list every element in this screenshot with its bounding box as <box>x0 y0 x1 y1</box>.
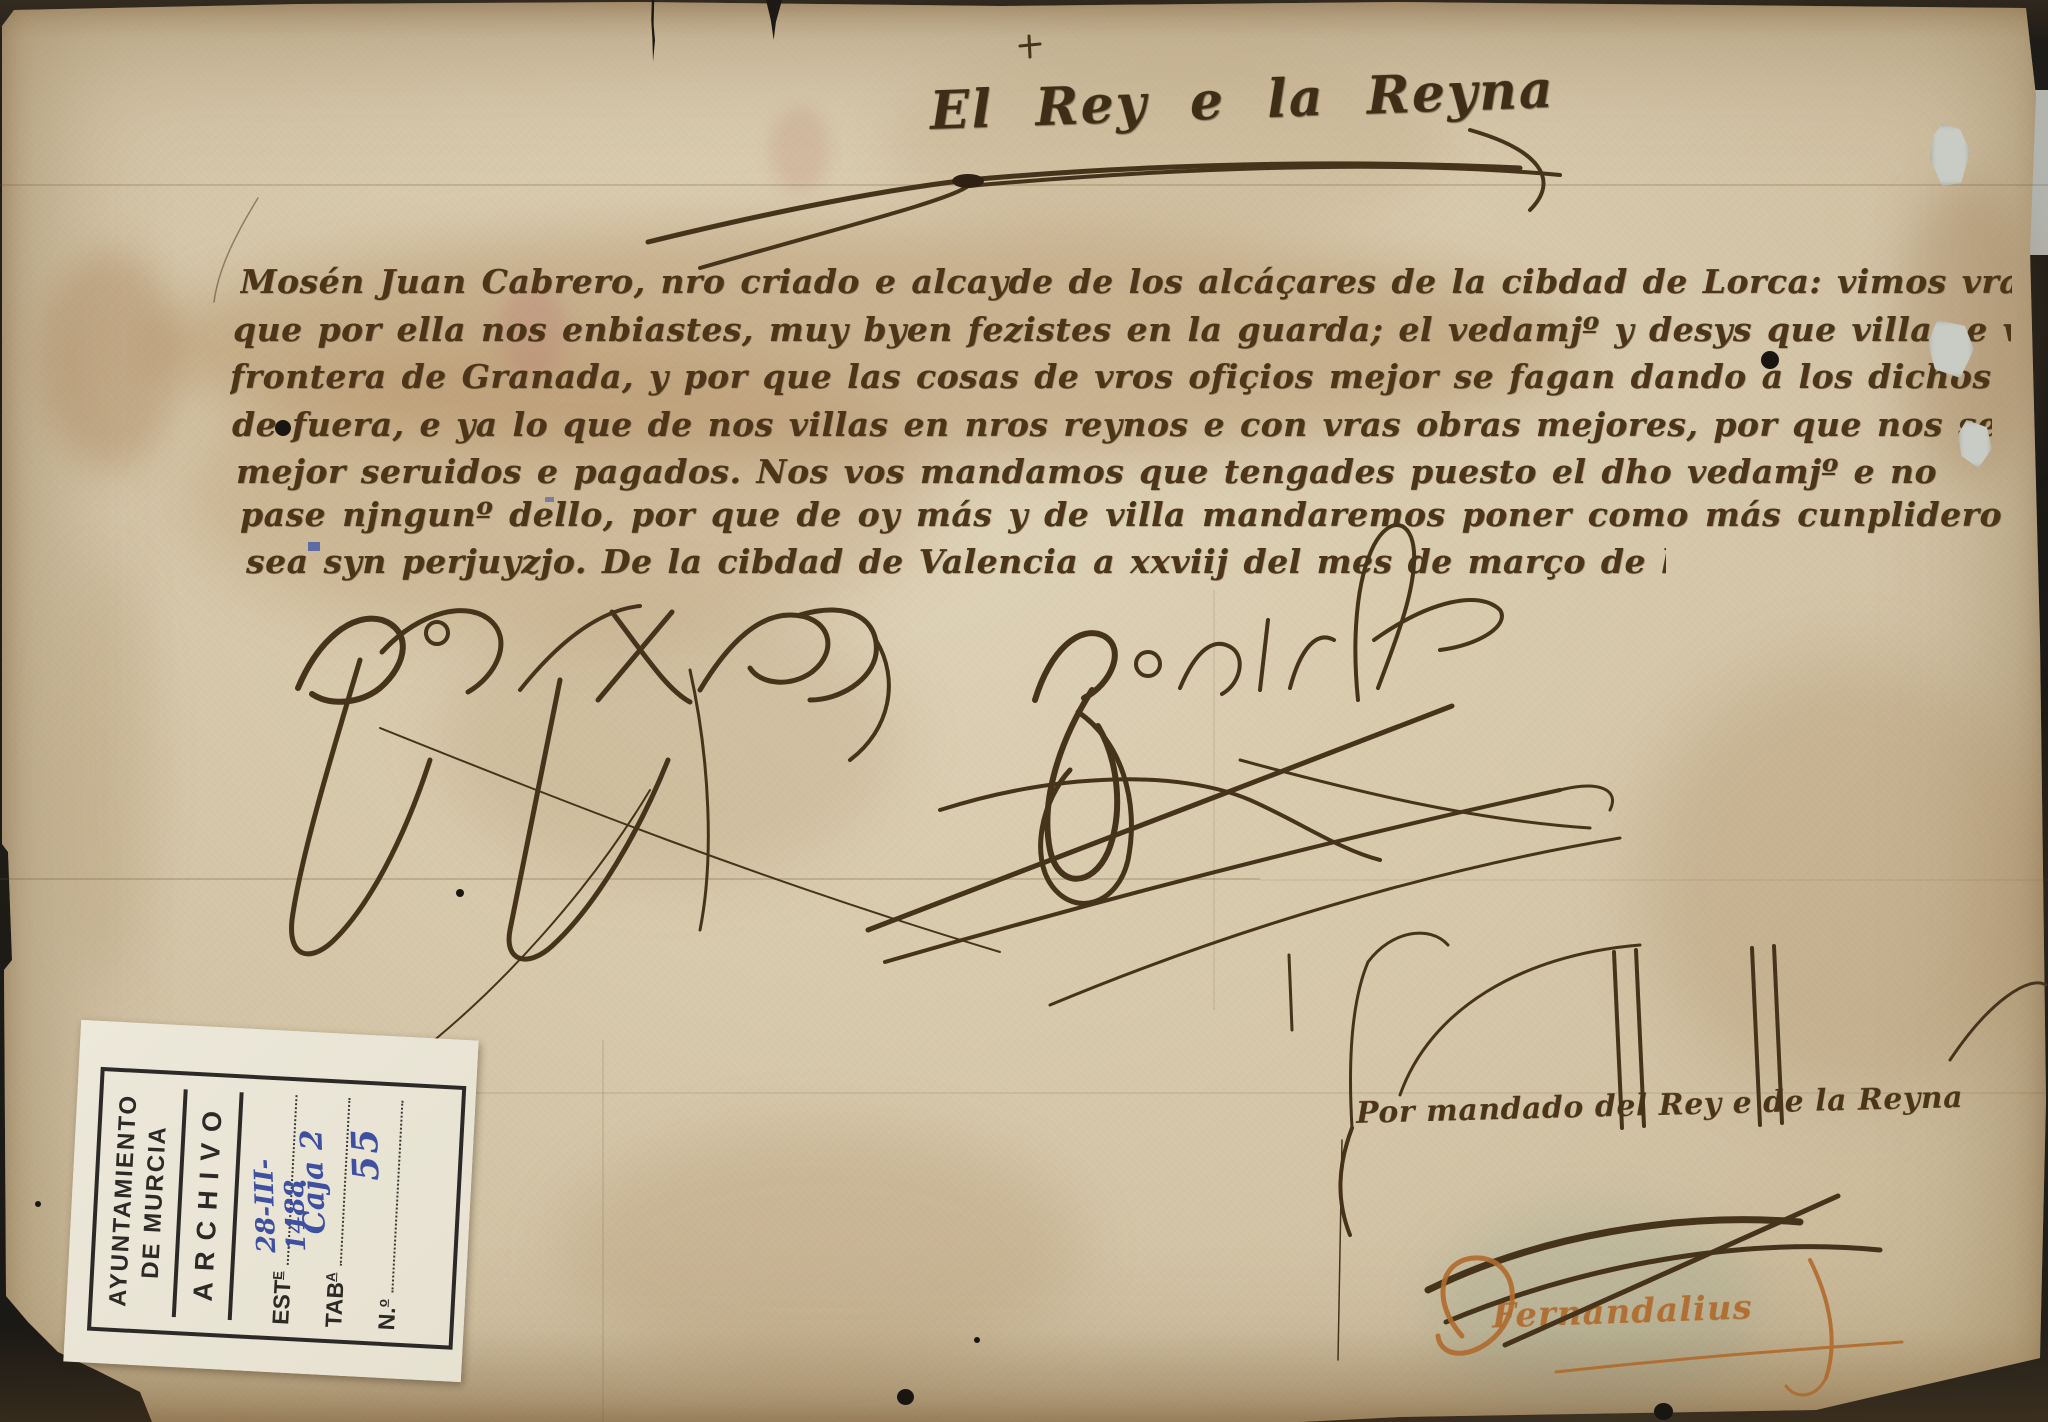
label-archivo: ARCHIVO <box>184 1088 232 1322</box>
hole <box>1654 1403 1673 1420</box>
hole <box>897 1389 914 1405</box>
field-caption: TABA <box>317 1272 348 1328</box>
field-value-handwritten: 55 <box>344 1126 388 1182</box>
manuscript-line: mejor seruidos e pagados. Nos vos mandam… <box>236 452 1942 498</box>
field-value-handwritten: Caja 2 <box>294 1129 333 1235</box>
manuscript-line: sea syn perjuyzjo. De la cibdad de Valen… <box>246 542 1666 588</box>
manuscript-line: que por ella nos enbiastes, muy byen fez… <box>233 310 2011 356</box>
field-caption: ESTE <box>264 1270 295 1325</box>
hole <box>456 889 464 897</box>
field-caption: N.o <box>370 1298 400 1330</box>
manuscript-line: pase njngunº dello, por que de oy más y … <box>240 495 2002 541</box>
dotted-rule <box>340 1098 351 1266</box>
hole <box>974 1337 980 1343</box>
label-field-row: N.o 55 <box>345 1096 410 1330</box>
scanned-document: El Rey e la Reyna Mosén Juan Cabrero, nr… <box>0 0 2048 1422</box>
archive-label: AYUNTAMIENTO DE MURCIA ARCHIVO ESTE 28-I… <box>63 1020 478 1382</box>
hole <box>1761 351 1779 369</box>
manuscript-line: frontera de Granada, y por que las cosas… <box>230 357 2005 403</box>
manuscript-line: de fuera, e ya lo que de nos villas en n… <box>232 405 1992 451</box>
dotted-rule <box>391 1101 403 1293</box>
hole <box>35 1201 41 1207</box>
hole <box>275 420 291 436</box>
manuscript-line: Mosén Juan Cabrero, nro criado e alcayde… <box>240 262 2012 308</box>
archive-label-content: AYUNTAMIENTO DE MURCIA ARCHIVO ESTE 28-I… <box>87 1067 466 1350</box>
